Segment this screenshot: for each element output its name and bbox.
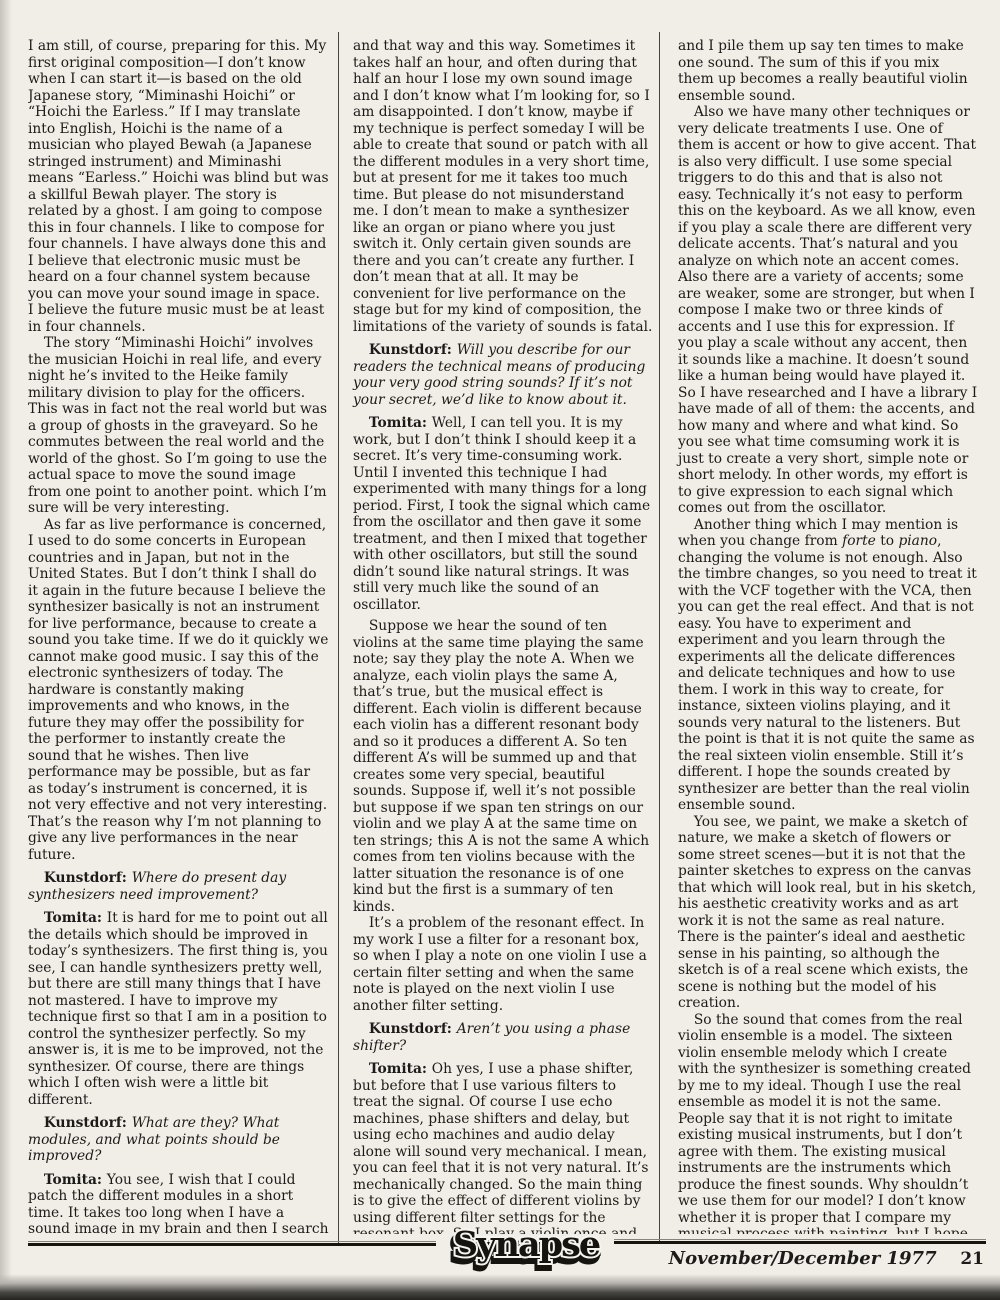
paragraph-text: Suppose we hear the sound of ten violins… bbox=[353, 618, 649, 915]
dialogue-paragraph: Tomita: Oh yes, I use a phase shifter, b… bbox=[353, 1061, 654, 1234]
synapse-magazine-logo: Synapse Synapse bbox=[432, 1222, 620, 1272]
footer-rule-right bbox=[614, 1239, 986, 1244]
dialogue-paragraph: Kunstdorf: Aren’t you using a phase shif… bbox=[353, 1021, 654, 1054]
body-paragraph: You see, we paint, we make a sketch of n… bbox=[678, 814, 978, 1012]
speaker-label: Tomita: bbox=[44, 910, 107, 926]
issue-date: November/December 1977 bbox=[669, 1248, 937, 1269]
body-paragraph: and that way and this way. Sometimes it … bbox=[353, 38, 654, 335]
scan-bottom-edge bbox=[0, 1274, 1000, 1300]
page-left-edge-shadow bbox=[0, 0, 12, 1300]
body-paragraph: and I pile them up say ten times to make… bbox=[678, 38, 978, 104]
speaker-label: Kunstdorf: bbox=[369, 1021, 457, 1037]
magazine-page: I am still, of course, preparing for thi… bbox=[0, 0, 1000, 1300]
dialogue-paragraph: Tomita: Well, I can tell you. It is my w… bbox=[353, 415, 654, 613]
body-paragraph: The story “Miminashi Hoichi” involves th… bbox=[28, 335, 329, 517]
paragraph-text: Well, I can tell you. It is my work, but… bbox=[353, 415, 650, 613]
paragraph-text: and I pile them up say ten times to make… bbox=[678, 38, 968, 104]
column-divider-rule-1 bbox=[338, 32, 339, 1243]
paragraph-text: So the sound that comes from the real vi… bbox=[678, 1012, 971, 1235]
body-paragraph: Also we have many other techniques or ve… bbox=[678, 104, 978, 517]
body-paragraph: Another thing which I may mention is whe… bbox=[678, 517, 978, 814]
dialogue-paragraph: Kunstdorf: Will you describe for our rea… bbox=[353, 342, 654, 408]
dialogue-paragraph: Tomita: You see, I wish that I could pat… bbox=[28, 1172, 329, 1235]
article-column-2: and that way and this way. Sometimes it … bbox=[353, 38, 654, 1234]
paragraph-text: and that way and this way. Sometimes it … bbox=[353, 38, 652, 335]
body-paragraph: I am still, of course, preparing for thi… bbox=[28, 38, 329, 335]
body-paragraph: Suppose we hear the sound of ten violins… bbox=[353, 618, 654, 915]
paragraph-text: It’s a problem of the resonant effect. I… bbox=[353, 915, 647, 1014]
dialogue-paragraph: Kunstdorf: Where do present day synthesi… bbox=[28, 870, 329, 903]
paragraph-text: You see, we paint, we make a sketch of n… bbox=[678, 814, 976, 1012]
paragraph-text: As far as live performance is concerned,… bbox=[28, 517, 328, 863]
body-paragraph: As far as live performance is concerned,… bbox=[28, 517, 329, 864]
speaker-label: Kunstdorf: bbox=[44, 870, 132, 886]
dialogue-paragraph: Tomita: It is hard for me to point out a… bbox=[28, 910, 329, 1108]
speaker-label: Kunstdorf: bbox=[369, 342, 457, 358]
column-divider-rule-2 bbox=[659, 32, 660, 1243]
paragraph-text: Oh yes, I use a phase shifter, but befor… bbox=[353, 1061, 649, 1234]
body-paragraph: It’s a problem of the resonant effect. I… bbox=[353, 915, 654, 1014]
paragraph-text: It is hard for me to point out all the d… bbox=[28, 910, 328, 1108]
paragraph-text: The story “Miminashi Hoichi” involves th… bbox=[28, 335, 327, 516]
speaker-label: Tomita: bbox=[369, 415, 432, 431]
logo-main-text: Synapse bbox=[432, 1222, 620, 1268]
speaker-label: Tomita: bbox=[44, 1172, 107, 1188]
article-column-3: and I pile them up say ten times to make… bbox=[678, 38, 978, 1234]
speaker-label: Kunstdorf: bbox=[44, 1115, 132, 1131]
speaker-label: Tomita: bbox=[369, 1061, 432, 1077]
body-paragraph: So the sound that comes from the real vi… bbox=[678, 1012, 978, 1235]
article-text-area: I am still, of course, preparing for thi… bbox=[28, 38, 978, 1234]
footer-rule-left bbox=[28, 1241, 436, 1246]
paragraph-text: I am still, of course, preparing for thi… bbox=[28, 38, 329, 335]
footer-issue-line: November/December 1977 21 bbox=[669, 1248, 984, 1269]
page-number: 21 bbox=[960, 1249, 984, 1269]
article-column-1: I am still, of course, preparing for thi… bbox=[28, 38, 329, 1234]
dialogue-paragraph: Kunstdorf: What are they? What modules, … bbox=[28, 1115, 329, 1165]
paragraph-text: Another thing which I may mention is whe… bbox=[678, 517, 977, 814]
paragraph-text: Also we have many other techniques or ve… bbox=[678, 104, 977, 516]
